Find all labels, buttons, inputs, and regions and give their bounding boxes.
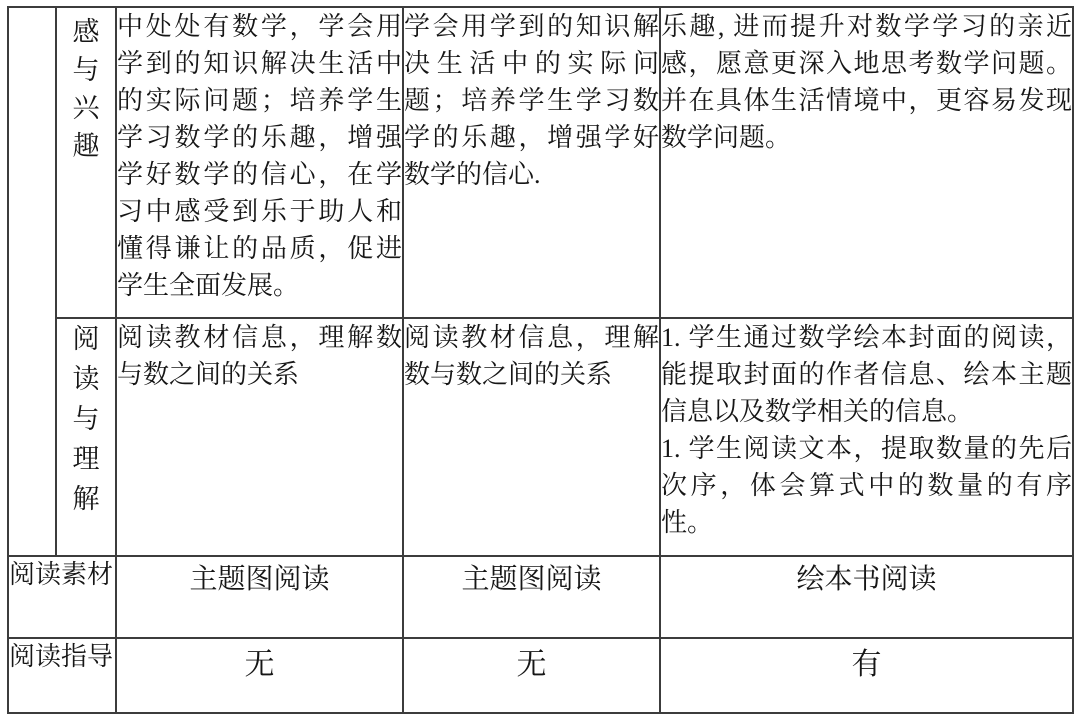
row-reading-guidance: 阅读指导 无 无 有 (8, 638, 1073, 713)
row-label-reading-comprehension-cell: 阅读与理解 (56, 318, 116, 556)
affect-goal-cell-3: 乐趣, 进而提升对数学学习的亲近感，愿意更深入地思考数学问题。并在具体生活情境中… (660, 7, 1073, 318)
scanned-document-page: 感与兴趣 中处处有数学，学会用学到的知识解决生活中的实际问题；培养学生学习数学的… (0, 0, 1080, 720)
row-affect-interest: 感与兴趣 中处处有数学，学会用学到的知识解决生活中的实际问题；培养学生学习数学的… (8, 7, 1073, 318)
reading-guidance-cell-1: 无 (116, 638, 403, 713)
affect-goal-cell-1: 中处处有数学，学会用学到的知识解决生活中的实际问题；培养学生学习数学的乐趣，增强… (116, 7, 403, 318)
row-label-reading-guidance: 阅读指导 (8, 638, 116, 713)
reading-guidance-cell-3: 有 (660, 638, 1073, 713)
row-label-reading-materials: 阅读素材 (8, 556, 116, 638)
row-reading-comprehension: 阅读与理解 阅读教材信息，理解数与数之间的关系 阅读教材信息，理解数与数之间的关… (8, 318, 1073, 556)
comprehension-goal-cell-1: 阅读教材信息，理解数与数之间的关系 (116, 318, 403, 556)
reading-material-cell-1: 主题图阅读 (116, 556, 403, 638)
row-label-affect-interest-cell: 感与兴趣 (56, 7, 116, 318)
reading-material-cell-3: 绘本书阅读 (660, 556, 1073, 638)
curriculum-reading-table: 感与兴趣 中处处有数学，学会用学到的知识解决生活中的实际问题；培养学生学习数学的… (7, 6, 1074, 714)
row-reading-materials: 阅读素材 主题图阅读 主题图阅读 绘本书阅读 (8, 556, 1073, 638)
comprehension-goal-cell-2: 阅读教材信息，理解数与数之间的关系 (403, 318, 660, 556)
comprehension-goal-item-2: 1. 学生阅读文本，提取数量的先后次序，体会算式中的数量的有序性。 (661, 430, 1072, 541)
comprehension-goal-item-1: 1. 学生通过数学绘本封面的阅读，能提取封面的作者信息、绘本主题信息以及数学相关… (661, 319, 1072, 430)
empty-margin-cell (8, 7, 56, 556)
reading-guidance-cell-2: 无 (403, 638, 660, 713)
reading-material-cell-2: 主题图阅读 (403, 556, 660, 638)
affect-goal-cell-2: 学会用学到的知识解决生活中的实际问题；培养学生学习数学的乐趣，增强学好数学的信心… (403, 7, 660, 318)
row-label-reading-comprehension: 阅读与理解 (72, 319, 100, 519)
comprehension-goal-cell-3: 1. 学生通过数学绘本封面的阅读，能提取封面的作者信息、绘本主题信息以及数学相关… (660, 318, 1073, 556)
row-label-affect-interest: 感与兴趣 (72, 13, 100, 165)
